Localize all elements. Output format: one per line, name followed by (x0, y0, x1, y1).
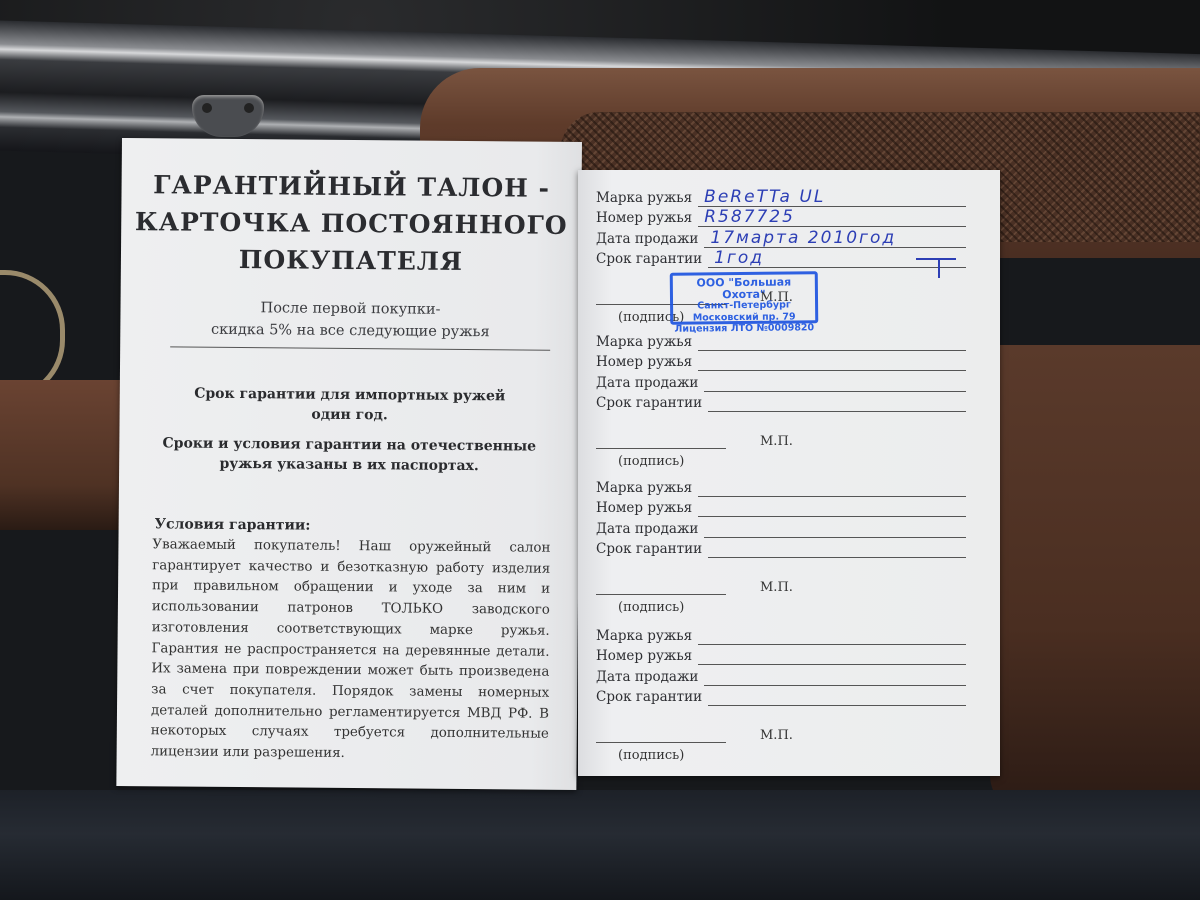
field-row-sale-date: Дата продажи (596, 665, 966, 686)
field-label: Марка ружья (596, 189, 692, 207)
domestic-warranty-note: Сроки и условия гарантии на отечественны… (119, 433, 579, 477)
field-number[interactable] (698, 501, 966, 517)
signature-line[interactable] (596, 448, 726, 449)
field-row-brand: Марка ружья (596, 330, 966, 351)
field-label: Дата продажи (596, 668, 698, 686)
warranty-booklet-left-page: ГАРАНТИЙНЫЙ ТАЛОН - КАРТОЧКА ПОСТОЯННОГО… (116, 138, 582, 790)
promo-line: скидка 5% на все следующие ружья (120, 318, 580, 344)
field-row-warranty-term: Срок гарантии (596, 392, 966, 413)
field-brand[interactable] (698, 481, 966, 497)
booklet-title: ГАРАНТИЙНЫЙ ТАЛОН - КАРТОЧКА ПОСТОЯННОГО… (121, 166, 582, 281)
gun-entry-block: Марка ружьяНомер ружьяДата продажиСрок г… (596, 624, 966, 706)
field-label: Срок гарантии (596, 250, 702, 268)
handwritten-value: BeReTTa UL (704, 187, 825, 207)
case-foam-bottom (0, 790, 1200, 900)
field-brand[interactable] (698, 335, 966, 351)
gun-entry-block: Марка ружьяНомер ружьяДата продажиСрок г… (596, 476, 966, 558)
field-label: Номер ружья (596, 647, 692, 665)
seal-place-label: М.П. (760, 434, 793, 449)
gun-entry-block: Марка ружьяНомер ружьяДата продажиСрок г… (596, 330, 966, 412)
stamp-line: ООО "Большая Охота" (673, 276, 815, 300)
seal-place-label: М.П. (760, 728, 793, 743)
field-label: Срок гарантии (596, 540, 702, 558)
gun-entry-block: Марка ружьяBeReTTa ULНомер ружьяR587725Д… (596, 186, 966, 268)
field-number[interactable] (698, 355, 966, 371)
field-label: Номер ружья (596, 353, 692, 371)
handwritten-value: 1год (714, 248, 764, 268)
title-line: КАРТОЧКА ПОСТОЯННОГО (121, 203, 581, 244)
signature-line[interactable] (596, 742, 726, 743)
field-sale-date[interactable] (704, 670, 966, 686)
field-row-warranty-term: Срок гарантии (596, 538, 966, 559)
field-row-warranty-term: Срок гарантии (596, 686, 966, 707)
conditions-text: Уважаемый покупатель! Наш оружейный сало… (151, 535, 551, 766)
field-warranty-term[interactable] (708, 542, 966, 558)
title-line: ГАРАНТИЙНЫЙ ТАЛОН - (121, 166, 581, 207)
field-label: Номер ружья (596, 499, 692, 517)
field-brand[interactable]: BeReTTa UL (698, 191, 966, 207)
signature-label: (подпись) (618, 600, 684, 615)
field-row-sale-date: Дата продажи (596, 517, 966, 538)
field-row-brand: Марка ружьяBeReTTa UL (596, 186, 966, 207)
wooden-stock-right (990, 345, 1200, 815)
field-label: Марка ружья (596, 627, 692, 645)
field-number[interactable]: R587725 (698, 211, 966, 227)
field-label: Марка ружья (596, 333, 692, 351)
field-row-number: Номер ружья (596, 645, 966, 666)
field-row-brand: Марка ружья (596, 476, 966, 497)
dealer-stamp: ООО "Большая Охота"Санкт-ПетербургМосков… (670, 271, 819, 325)
field-number[interactable] (698, 649, 966, 665)
field-row-warranty-term: Срок гарантии1год (596, 248, 966, 269)
domestic-line: ружья указаны в их паспортах. (119, 453, 579, 477)
signature-label: (подпись) (618, 454, 684, 469)
field-warranty-term[interactable] (708, 396, 966, 412)
import-line: один год. (120, 403, 580, 427)
field-sale-date[interactable]: 17марта 2010год (704, 232, 966, 248)
title-line: ПОКУПАТЕЛЯ (121, 240, 581, 281)
discount-note: После первой покупки- скидка 5% на все с… (120, 296, 580, 344)
field-label: Дата продажи (596, 520, 698, 538)
field-label: Дата продажи (596, 230, 698, 248)
import-warranty-note: Срок гарантии для импортных ружей один г… (120, 383, 580, 427)
warranty-booklet-right-page: Марка ружьяBeReTTa ULНомер ружьяR587725Д… (578, 170, 1000, 776)
field-row-sale-date: Дата продажи (596, 371, 966, 392)
field-label: Дата продажи (596, 374, 698, 392)
field-row-number: Номер ружьяR587725 (596, 207, 966, 228)
field-label: Марка ружья (596, 479, 692, 497)
field-warranty-term[interactable] (708, 690, 966, 706)
signature-line[interactable] (596, 594, 726, 595)
field-label: Номер ружья (596, 209, 692, 227)
handwritten-value: 17марта 2010год (710, 228, 896, 248)
field-sale-date[interactable] (704, 522, 966, 538)
field-sale-date[interactable] (704, 376, 966, 392)
divider (170, 346, 550, 350)
field-row-number: Номер ружья (596, 497, 966, 518)
field-brand[interactable] (698, 629, 966, 645)
field-row-number: Номер ружья (596, 351, 966, 372)
field-row-sale-date: Дата продажи17марта 2010год (596, 227, 966, 248)
seal-place-label: М.П. (760, 580, 793, 595)
domestic-line: Сроки и условия гарантии на отечественны… (119, 433, 579, 457)
handwritten-scribble (916, 258, 956, 278)
field-label: Срок гарантии (596, 688, 702, 706)
handwritten-value: R587725 (704, 207, 795, 227)
field-label: Срок гарантии (596, 394, 702, 412)
conditions-heading: Условия гарантии: (155, 516, 311, 533)
signature-label: (подпись) (618, 748, 684, 763)
field-row-brand: Марка ружья (596, 624, 966, 645)
